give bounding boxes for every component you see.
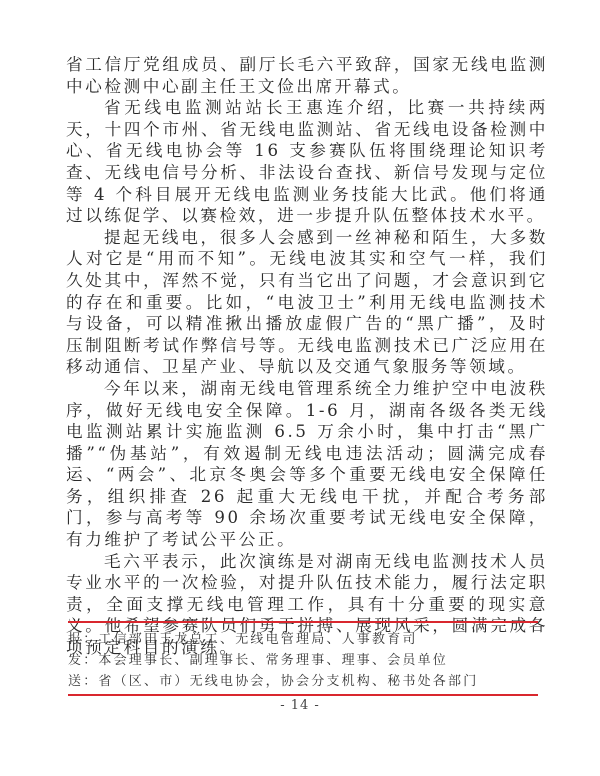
paragraph-hunan-achievements: 今年以来，湖南无线电管理系统全力维护空中电波秩序，做好无线电安全保障。1-6 月…	[66, 378, 548, 551]
distribution-bottom-rule	[68, 694, 538, 696]
paragraph-competition-intro: 省无线电监测站站长王惠连介绍，比赛一共持续两天，十四个市州、省无线电监测站、省无…	[66, 97, 548, 227]
issue-to-line: 发：本会理事长、副理事长、常务理事、理事、会员单位	[68, 650, 538, 671]
article-body: 省工信厅党组成员、副厅长毛六平致辞，国家无线电监测中心检测中心副主任王文俭出席开…	[66, 54, 548, 659]
report-to-line: 报：工信部田玉龙总工、无线电管理局、人事教育司	[68, 629, 538, 650]
distribution-top-rule	[68, 621, 538, 623]
distribution-list: 报：工信部田玉龙总工、无线电管理局、人事教育司 发：本会理事长、副理事长、常务理…	[68, 629, 538, 692]
paragraph-radio-explanation: 提起无线电，很多人会感到一丝神秘和陌生，大多数人对它是“用而不知”。无线电波其实…	[66, 227, 548, 378]
page-number: - 14 -	[0, 698, 600, 713]
send-to-line: 送：省（区、市）无线电协会，协会分支机构、秘书处各部门	[68, 671, 538, 692]
paragraph-opening-ceremony: 省工信厅党组成员、副厅长毛六平致辞，国家无线电监测中心检测中心副主任王文俭出席开…	[66, 54, 548, 97]
